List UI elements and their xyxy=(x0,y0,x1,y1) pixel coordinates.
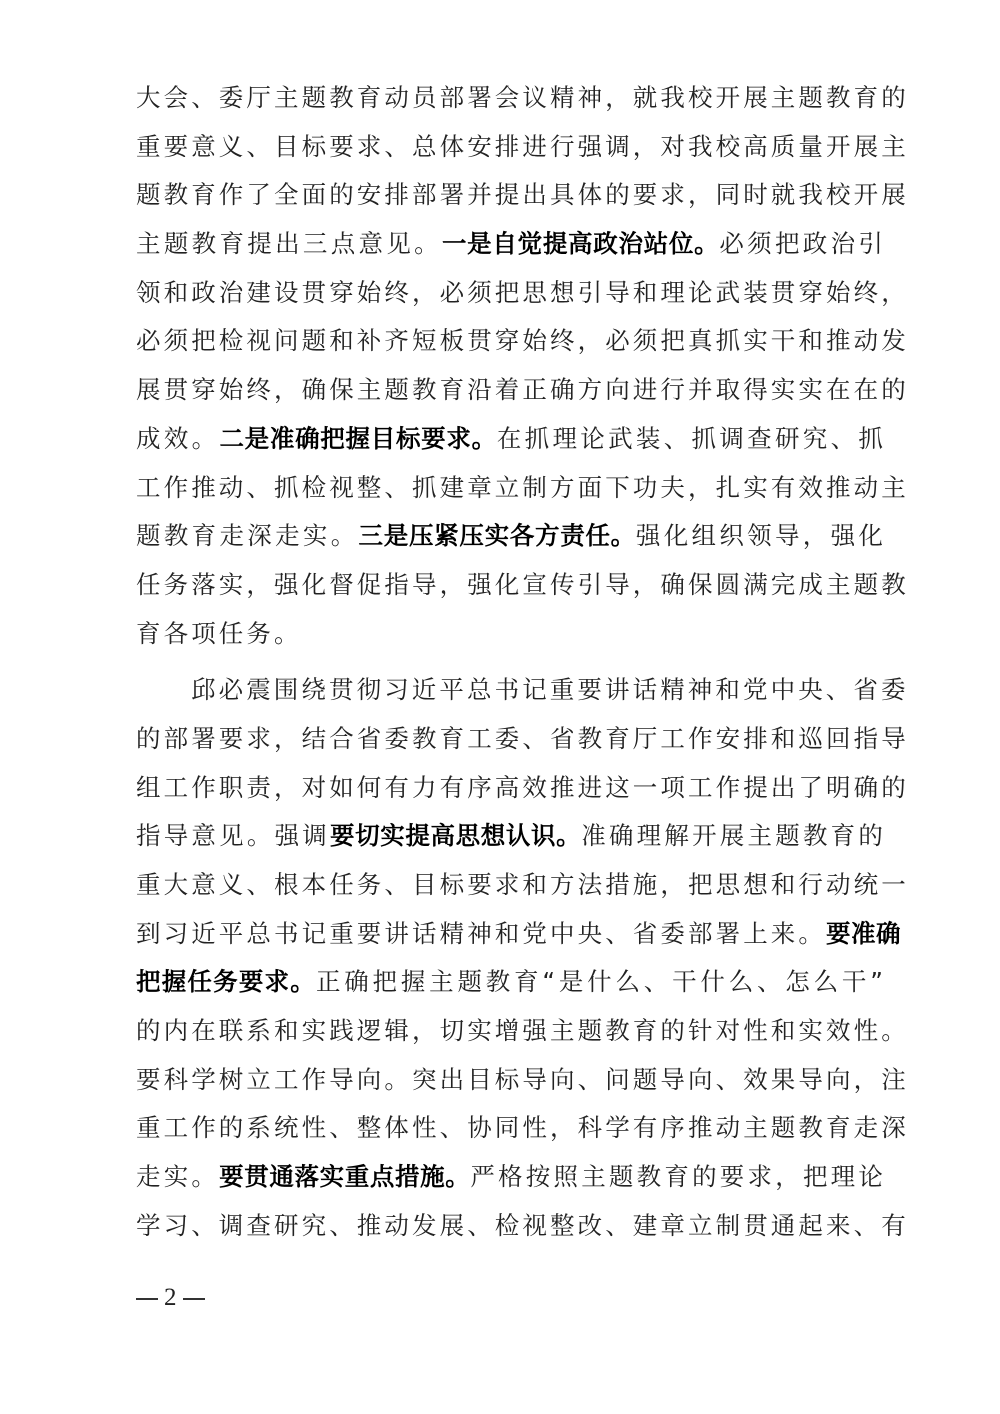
body-text-segment: 组工作职责，对如何有力有序高效推进这一项工作提出了明确的 xyxy=(136,773,909,802)
body-text-segment: 展贯穿始终，确保主题教育沿着正确方向进行并取得实实在在的 xyxy=(136,375,909,404)
body-text-segment: 的部署要求，结合省委教育工委、省教育厅工作安排和巡回指导 xyxy=(136,724,909,753)
text-line: 到习近平总书记重要讲话精神和党中央、省委部署上来。要准确 xyxy=(136,910,886,959)
page-number-footer: 2 xyxy=(136,1284,211,1312)
body-text-segment: 成效。 xyxy=(136,424,219,453)
text-line: 重大意义、根本任务、目标要求和方法措施，把思想和行动统一 xyxy=(136,861,886,910)
body-text-segment: 指导意见。强调 xyxy=(136,821,330,850)
body-text-segment: 准确理解开展主题教育的 xyxy=(581,821,886,850)
body-text-segment: 大会、委厅主题教育动员部署会议精神，就我校开展主题教育的 xyxy=(136,83,909,112)
body-text-segment: 题教育作了全面的安排部署并提出具体的要求，同时就我校开展 xyxy=(136,180,909,209)
page-number: 2 xyxy=(164,1284,177,1311)
text-line: 必须把检视问题和补齐短板贯穿始终，必须把真抓实干和推动发 xyxy=(136,317,886,366)
bold-heading-text: 三是压紧压实各方责任。 xyxy=(359,521,636,550)
body-text-segment: 要科学树立工作导向。突出目标导向、问题导向、效果导向，注 xyxy=(136,1065,909,1094)
body-text-segment: 领和政治建设贯穿始终，必须把思想引导和理论武装贯穿始终， xyxy=(136,278,909,307)
text-line: 题教育走深走实。三是压紧压实各方责任。强化组织领导，强化 xyxy=(136,512,886,561)
text-line: 重要意义、目标要求、总体安排进行强调，对我校高质量开展主 xyxy=(136,123,886,172)
text-line: 任务落实，强化督促指导，强化宣传引导，确保圆满完成主题教 xyxy=(136,561,886,610)
body-text-segment: 重工作的系统性、整体性、协同性，科学有序推动主题教育走深 xyxy=(136,1113,909,1142)
body-text-segment: 的内在联系和实践逻辑，切实增强主题教育的针对性和实效性。 xyxy=(136,1016,909,1045)
dash-left xyxy=(136,1298,158,1300)
text-line: 指导意见。强调要切实提高思想认识。准确理解开展主题教育的 xyxy=(136,812,886,861)
body-text-segment: 正确把握主题教育“是什么、干什么、怎么干” xyxy=(316,967,886,996)
text-line: 把握任务要求。正确把握主题教育“是什么、干什么、怎么干” xyxy=(136,958,886,1007)
text-line: 的内在联系和实践逻辑，切实增强主题教育的针对性和实效性。 xyxy=(136,1007,886,1056)
bold-heading-text: 一是自觉提高政治站位。 xyxy=(442,229,719,258)
body-text-segment: 在抓理论武装、抓调查研究、抓 xyxy=(497,424,886,453)
body-text-segment: 必须把政治引 xyxy=(719,229,886,258)
text-line: 成效。二是准确把握目标要求。在抓理论武装、抓调查研究、抓 xyxy=(136,415,886,464)
text-line: 走实。要贯通落实重点措施。严格按照主题教育的要求，把理论 xyxy=(136,1153,886,1202)
bold-heading-text: 二是准确把握目标要求。 xyxy=(219,424,496,453)
body-text-segment: 到习近平总书记重要讲话精神和党中央、省委部署上来。 xyxy=(136,919,826,948)
body-text-segment: 重大意义、根本任务、目标要求和方法措施，把思想和行动统一 xyxy=(136,870,909,899)
body-text-segment: 重要意义、目标要求、总体安排进行强调，对我校高质量开展主 xyxy=(136,132,909,161)
text-line: 展贯穿始终，确保主题教育沿着正确方向进行并取得实实在在的 xyxy=(136,366,886,415)
body-text-segment: 任务落实，强化督促指导，强化宣传引导，确保圆满完成主题教 xyxy=(136,570,909,599)
bold-heading-text: 要贯通落实重点措施。 xyxy=(219,1162,470,1191)
bold-heading-text: 把握任务要求。 xyxy=(136,967,316,996)
paragraph-first-line: 邱必震围绕贯彻习近平总书记重要讲话精神和党中央、省委 xyxy=(136,666,886,715)
text-line: 重工作的系统性、整体性、协同性，科学有序推动主题教育走深 xyxy=(136,1104,886,1153)
dash-right xyxy=(183,1298,205,1300)
body-text-segment: 学习、调查研究、推动发展、检视整改、建章立制贯通起来、有 xyxy=(136,1211,909,1240)
text-line: 学习、调查研究、推动发展、检视整改、建章立制贯通起来、有 xyxy=(136,1202,886,1251)
document-page: 大会、委厅主题教育动员部署会议精神，就我校开展主题教育的重要意义、目标要求、总体… xyxy=(0,0,1000,1414)
body-text-segment: 题教育走深走实。 xyxy=(136,521,359,550)
body-text-segment: 邱必震围绕贯彻习近平总书记重要讲话精神和党中央、省委 xyxy=(191,675,909,704)
text-line: 组工作职责，对如何有力有序高效推进这一项工作提出了明确的 xyxy=(136,764,886,813)
body-text-segment: 走实。 xyxy=(136,1162,219,1191)
text-line: 题教育作了全面的安排部署并提出具体的要求，同时就我校开展 xyxy=(136,171,886,220)
text-line: 领和政治建设贯穿始终，必须把思想引导和理论武装贯穿始终， xyxy=(136,269,886,318)
bold-heading-text: 要准确 xyxy=(826,919,901,948)
body-text-segment: 育各项任务。 xyxy=(136,619,302,648)
body-text-segment: 强化组织领导，强化 xyxy=(636,521,886,550)
body-text-segment: 必须把检视问题和补齐短板贯穿始终，必须把真抓实干和推动发 xyxy=(136,326,909,355)
text-line: 主题教育提出三点意见。一是自觉提高政治站位。必须把政治引 xyxy=(136,220,886,269)
text-line: 的部署要求，结合省委教育工委、省教育厅工作安排和巡回指导 xyxy=(136,715,886,764)
body-text-segment: 工作推动、抓检视整、抓建章立制方面下功夫，扎实有效推动主 xyxy=(136,473,909,502)
text-line: 要科学树立工作导向。突出目标导向、问题导向、效果导向，注 xyxy=(136,1056,886,1105)
text-line: 大会、委厅主题教育动员部署会议精神，就我校开展主题教育的 xyxy=(136,74,886,123)
body-text-segment: 严格按照主题教育的要求，把理论 xyxy=(470,1162,886,1191)
text-line: 育各项任务。 xyxy=(136,610,886,659)
body-text: 大会、委厅主题教育动员部署会议精神，就我校开展主题教育的重要意义、目标要求、总体… xyxy=(136,74,886,1251)
text-line: 工作推动、抓检视整、抓建章立制方面下功夫，扎实有效推动主 xyxy=(136,464,886,513)
bold-heading-text: 要切实提高思想认识。 xyxy=(330,821,581,850)
body-text-segment: 主题教育提出三点意见。 xyxy=(136,229,442,258)
